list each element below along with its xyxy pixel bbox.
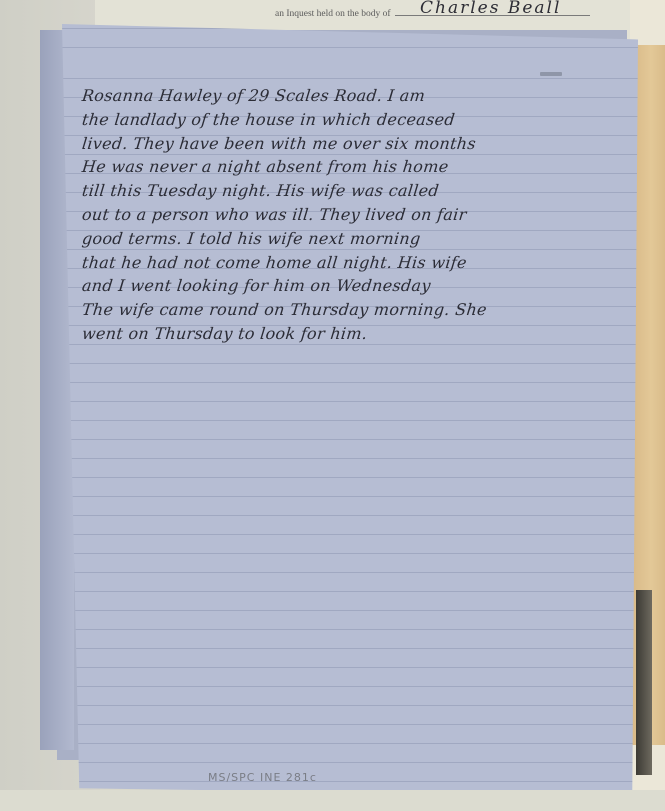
statement-line: Rosanna Hawley of 29 Scales Road. I am xyxy=(81,84,644,108)
statement-line: good terms. I told his wife next morning xyxy=(81,227,644,251)
inquest-form-label: an Inquest held on the body of xyxy=(275,9,391,19)
statement-line: He was never a night absent from his hom… xyxy=(81,155,644,179)
statement-line: the landlady of the house in which decea… xyxy=(81,108,644,132)
statement-line: out to a person who was ill. They lived … xyxy=(81,203,644,227)
archive-reference-pencil: MS/SPC INE 281c xyxy=(208,771,317,784)
folder-shadow-edge xyxy=(636,590,652,775)
deceased-name: Charles Beall xyxy=(420,0,561,18)
statement-line: and I went looking for him on Wednesday xyxy=(81,274,644,298)
statement-line: till this Tuesday night. His wife was ca… xyxy=(81,179,644,203)
statement-line: The wife came round on Thursday morning.… xyxy=(81,298,644,322)
bottom-desk-strip xyxy=(0,790,665,811)
witness-statement: Rosanna Hawley of 29 Scales Road. I am t… xyxy=(82,84,642,346)
statement-line: lived. They have been with me over six m… xyxy=(81,132,644,156)
statement-line: that he had not come home all night. His… xyxy=(81,251,644,275)
statement-line: went on Thursday to look for him. xyxy=(81,322,644,346)
pin-mark xyxy=(540,72,562,76)
